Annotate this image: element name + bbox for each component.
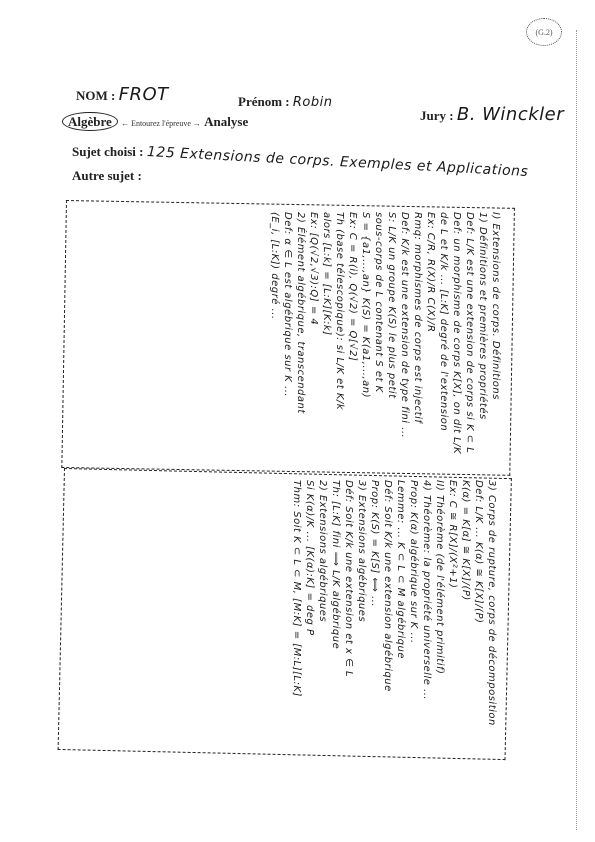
plan-line: 4) Théorème: la propriété universelle ..… — [420, 480, 433, 742]
jury-value: B. Winckler — [457, 104, 564, 125]
plan-line: 2) Élément algébrique, transcendant — [294, 212, 307, 462]
plan-line: 1) Définitions et premières propriétés — [476, 212, 489, 462]
plan-line: Def: K/k est une extension de type fini … — [398, 212, 411, 462]
plan-line: 2) Extensions algébriques — [316, 480, 329, 742]
autre-sujet-row: Autre sujet : — [72, 168, 142, 184]
plan-line: 3) Corps de rupture, corps de décomposit… — [485, 480, 498, 742]
sujet-value: 125 Extensions de corps. Exemples et App… — [146, 144, 528, 180]
plan-line: Thm: Soit K ⊂ L ⊂ M, [M:K] = [M:L][L:K] — [290, 480, 303, 742]
plan-line: 3) Extensions algébriques — [355, 480, 368, 742]
sujet-row: Sujet choisi : 125 Extensions de corps. … — [72, 144, 529, 160]
plan-line: de L et K/k ... [L:K] degré de l'extensi… — [437, 212, 450, 462]
nom-row: NOM : FROT — [76, 84, 169, 105]
plan-line: Def: α ∈ L est algébrique sur K ... — [281, 212, 294, 462]
epreuve-algebre-circled: Algèbre — [62, 112, 118, 131]
plan-line: Déf: Soit K/k une extension algébrique — [381, 480, 394, 742]
plan-line: Lemme: ... K ⊂ L ⊂ M algébrique — [394, 480, 407, 742]
plan-line: S = {a1,...,an} K(S) = K(a1,...,an) — [359, 212, 372, 462]
plan-line: Th (base télescopique): si L/K et K/k — [333, 212, 346, 462]
jury-row: Jury : B. Winckler — [420, 104, 564, 125]
autre-sujet-label: Autre sujet : — [72, 168, 142, 183]
plan-line: Th: [L:K] fini ⟹ L/K algébrique — [329, 480, 342, 742]
jury-label: Jury : — [420, 108, 454, 123]
plan-line: Ex: C/R, R(X)/R C(X)/R — [424, 212, 437, 462]
epreuve-instruction: ← Entourez l'épreuve → — [121, 119, 201, 128]
plan-line: I) Extensions de corps. Définitions — [489, 212, 502, 462]
epreuve-row: Algèbre ← Entourez l'épreuve → Analyse — [62, 114, 248, 130]
plan-line: Ex: C ≅ R[X]/(X²+1) — [446, 480, 459, 742]
plan-top-block: I) Extensions de corps. Définitions 1) D… — [82, 212, 502, 462]
plan-line: Def: un morphisme de corps K[X], on dit … — [450, 212, 463, 462]
prenom-value: Robin — [293, 95, 333, 110]
plan-line: Rmq: morphismes de corps est injectif — [411, 212, 424, 462]
page-stamp: (G.2) — [526, 18, 562, 46]
scan-edge-artifact — [576, 30, 577, 830]
plan-line: Prop: K(α) algébrique sur K ... — [407, 480, 420, 742]
plan-line: Si K(α)/K ... [K(α):K] = deg P — [303, 480, 316, 742]
plan-line: Ex: [Q(√2,√3):Q] = 4 — [307, 212, 320, 462]
plan-line: (E_i, [L:K]) degré ... — [268, 212, 281, 462]
plan-line: Déf: Soit K/k une extension et x ∈ L — [342, 480, 355, 742]
sujet-label: Sujet choisi : — [72, 144, 144, 159]
plan-line: II) Théorème (de l'élément primitif) — [433, 480, 446, 742]
plan-line: sous-corps de L contenant S et K — [372, 212, 385, 462]
prenom-label: Prénom : — [238, 94, 290, 109]
plan-line: Def: L/K ... K(α) ≅ K[X]/(P) — [472, 480, 485, 742]
plan-line: Ex: C = R(i), Q(√2) = Q[√2] — [346, 212, 359, 462]
nom-label: NOM : — [76, 88, 115, 103]
plan-line: alors [L:k] = [L:K][K:k] — [320, 212, 333, 462]
plan-bottom-block: 3) Corps de rupture, corps de décomposit… — [80, 480, 498, 742]
plan-line: Def: L/K est une extension de corps si K… — [463, 212, 476, 462]
plan-line: Prop: K(S) = K[S] ⟺ ... — [368, 480, 381, 742]
plan-line: S: L/K un groupe K(S) le plus petit — [385, 212, 398, 462]
nom-value: FROT — [119, 84, 169, 105]
plan-line: K(α) = K[α] ≅ K[X]/(P) — [459, 480, 472, 742]
epreuve-analyse: Analyse — [204, 114, 248, 129]
prenom-row: Prénom : Robin — [238, 94, 332, 110]
